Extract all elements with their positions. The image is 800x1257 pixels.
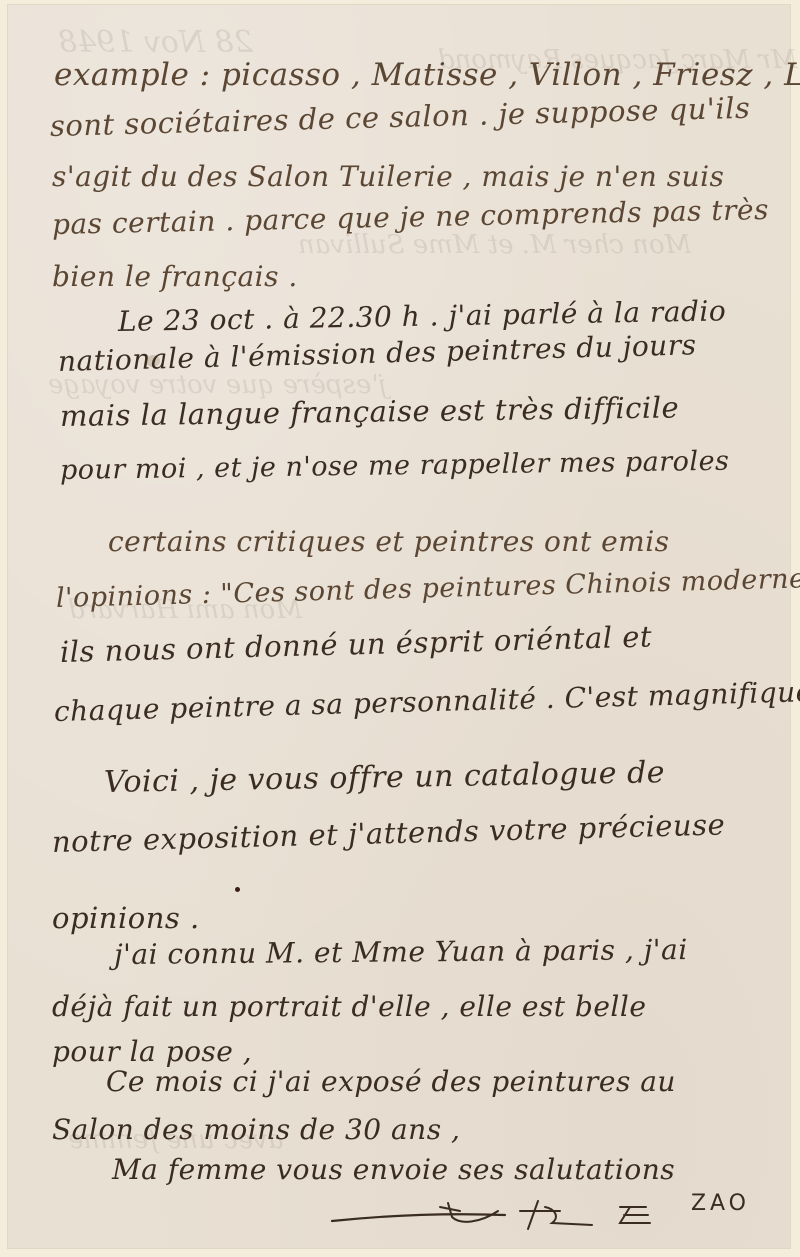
- letter-line-19: pour la pose ,: [52, 1035, 252, 1068]
- letter-line-16: opinions .: [52, 901, 200, 935]
- signature-latin: ZAO: [691, 1191, 750, 1216]
- letter-line-4: pas certain . parce que je ne comprends …: [52, 193, 770, 241]
- letter-line-14: Voici , je vous offre un catalogue de: [104, 755, 666, 800]
- letter-line-12: ils nous ont donné un ésprit oriéntal et: [60, 620, 653, 669]
- letter-line-8: mais la langue française est très diffic…: [60, 390, 680, 433]
- letter-paper: 28 Nov 1948 Mr Marc Jacques Raymond Mon …: [8, 5, 790, 1248]
- letter-line-15: notre exposition et j'attends votre préc…: [52, 807, 726, 859]
- letter-line-17: j'ai connu M. et Mme Yuan à paris , j'ai: [114, 933, 688, 971]
- letter-line-21: Salon des moins de 30 ans ,: [52, 1113, 460, 1146]
- letter-line-13: chaque peintre a sa personnalité . C'est…: [54, 675, 800, 728]
- letter-line-22: Ma femme vous envoie ses salutations: [112, 1153, 675, 1186]
- letter-line-18: déjà fait un portrait d'elle , elle est …: [52, 990, 646, 1023]
- letter-line-9: pour moi , et je n'ose me rappeller mes …: [60, 446, 730, 486]
- signature: ZAO: [330, 1197, 750, 1227]
- letter-line-3: s'agit du des Salon Tuilerie , mais je n…: [52, 160, 724, 193]
- letter-line-11: l'opinions : "Ces sont des peintures Chi…: [56, 563, 800, 614]
- letter-line-20: Ce mois ci j'ai exposé des peintures au: [106, 1065, 676, 1098]
- ink-dot: [235, 887, 240, 892]
- bleed-through-date: 28 Nov 1948: [58, 25, 253, 60]
- signature-stroke-icon: [330, 1197, 750, 1231]
- letter-line-2: sont sociétaires de ce salon . je suppos…: [50, 91, 751, 143]
- letter-line-5: bien le français .: [52, 260, 298, 293]
- letter-line-10: certains critiques et peintres ont emis: [108, 525, 670, 558]
- letter-line-1: example : picasso , Matisse , Villon , F…: [54, 57, 800, 93]
